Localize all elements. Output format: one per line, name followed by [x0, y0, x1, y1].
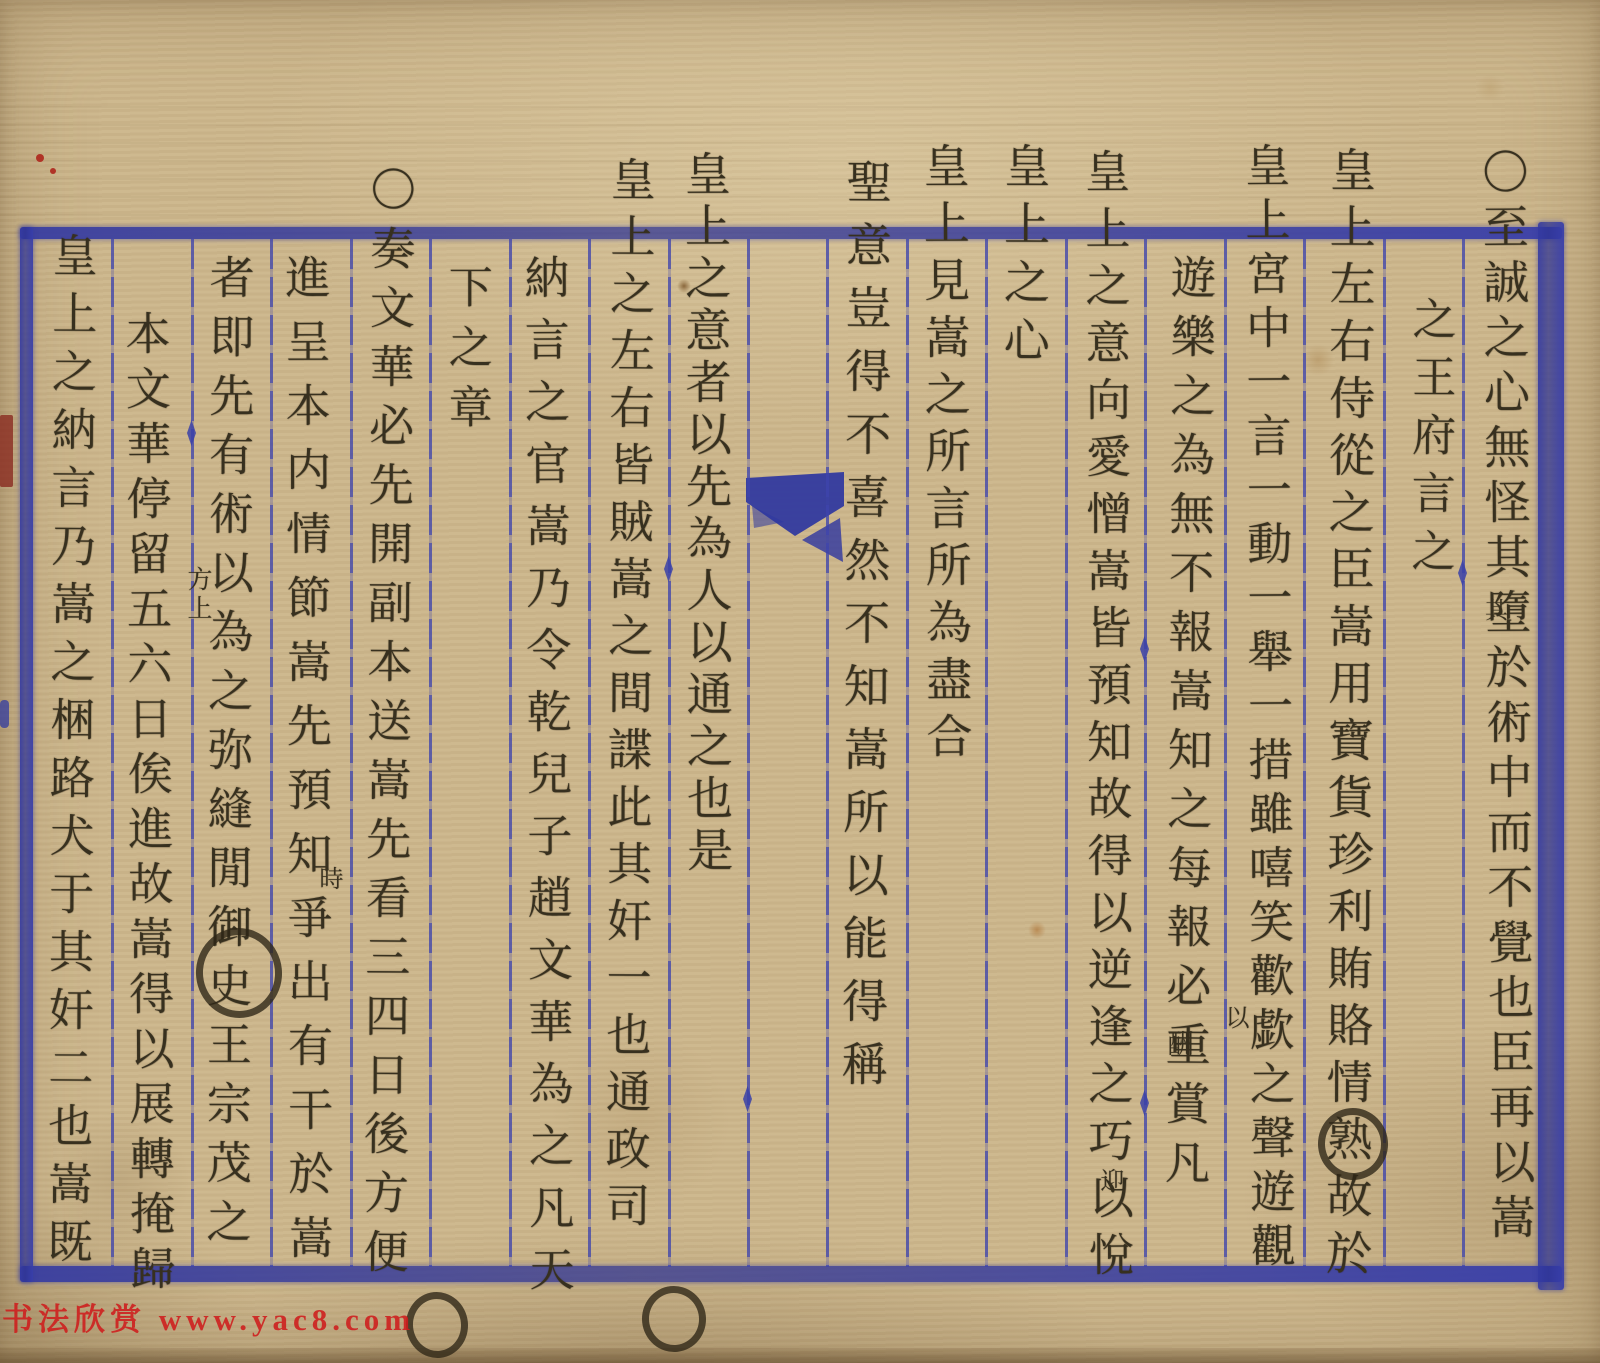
manuscript-column-8: 皇上見嵩之所言所為盡合 — [911, 142, 980, 769]
manuscript-column-7: 皇上之心 — [991, 142, 1058, 374]
manuscript-column-15: 進呈本内情節嵩先預知爭出有干於嵩 — [271, 254, 340, 1278]
ink-circle-mark — [639, 1283, 710, 1355]
manuscript-page: 书法欣赏 www.yac8.com 〇至誠之心無怪其墮於術中而不覺也臣再以嵩之王… — [0, 0, 1600, 1363]
grid-line — [1462, 239, 1465, 1267]
grid-line-blob — [1140, 1090, 1149, 1116]
grid-line-blob — [664, 556, 673, 582]
grid-line-blob — [1140, 636, 1149, 662]
interlinear-annotation: 其 — [1478, 598, 1511, 625]
blue-ink-blob — [0, 700, 9, 728]
grid-line — [668, 239, 671, 1267]
paper-bottom-shadow — [0, 1348, 1600, 1363]
manuscript-column-6: 皇上之意向愛憎嵩皆預知故得以逆逢之巧以悅 — [1071, 148, 1140, 1288]
interlinear-annotation: 方上 — [180, 566, 216, 624]
manuscript-column-13: 下之章 — [434, 264, 498, 444]
interlinear-annotation: 時 — [312, 866, 347, 894]
manuscript-column-14: 〇奏文華必先開副本送嵩先看三四日後方便 — [349, 166, 422, 1287]
paper-stain — [1476, 74, 1504, 102]
manuscript-column-2: 之王府言之 — [1396, 296, 1462, 586]
frame-border-left — [20, 227, 33, 1282]
interlinear-annotation: 酬 — [1160, 1030, 1197, 1060]
manuscript-column-12: 納言之官嵩乃令乾兒子趙文華為之凡天 — [510, 254, 581, 1308]
red-speck — [50, 168, 56, 174]
grid-line — [588, 239, 591, 1267]
grid-line — [985, 239, 988, 1267]
manuscript-column-10: 皇上之意者以先為人以通之也是 — [672, 150, 741, 878]
grid-line — [1224, 239, 1227, 1267]
grid-line — [1065, 239, 1068, 1267]
grid-line — [429, 239, 432, 1267]
grid-line — [906, 239, 909, 1267]
red-speck — [36, 154, 44, 162]
grid-line-blob — [743, 1086, 752, 1112]
manuscript-column-16: 者即先有術以為之弥縫閒御史王宗茂之 — [192, 254, 261, 1257]
grid-line — [1303, 239, 1306, 1267]
interlinear-annotation: 迎 — [1093, 1168, 1128, 1196]
paper-stain — [1028, 921, 1046, 939]
grid-line — [747, 239, 750, 1267]
red-edge-mark — [0, 415, 13, 487]
manuscript-column-17: 本文華停留五六日俟進故嵩得以展轉掩歸 — [112, 310, 182, 1300]
manuscript-column-1: 〇至誠之心無怪其墮於術中而不覺也臣再以嵩 — [1470, 148, 1544, 1248]
grid-line — [826, 239, 829, 1267]
manuscript-column-4: 皇上宮中一言一動一舉一措雖嘻笑歡歔之聲遊觀 — [1231, 142, 1302, 1276]
manuscript-column-18: 皇上之納言乃嵩之梱路犬于其奸二也嵩既 — [33, 232, 103, 1276]
manuscript-column-11: 皇上之左右皆賊嵩之間諜此其奸一也通政司 — [591, 156, 662, 1239]
watermark: 书法欣赏 www.yac8.com — [2, 1294, 415, 1339]
grid-line — [1383, 239, 1386, 1267]
interlinear-annotation: 以 — [1218, 1005, 1253, 1033]
manuscript-column-9: 聖意豈得不喜然不知嵩所以能得稱 — [829, 158, 900, 1103]
